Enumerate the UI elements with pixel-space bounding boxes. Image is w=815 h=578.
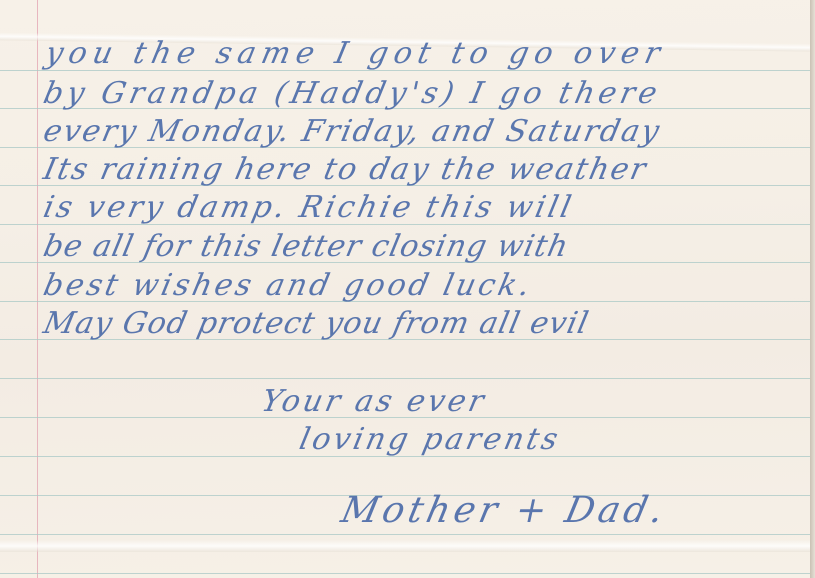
- ruled-line: [0, 573, 810, 574]
- letter-line-7: best wishes and good luck.: [40, 268, 536, 303]
- letter-line-3: every Monday. Friday, and Saturday: [40, 114, 664, 149]
- letter-line-6: be all for this letter closing with: [40, 229, 572, 264]
- signature: Mother + Dad.: [338, 490, 671, 531]
- letter-line-8: May God protect you from all evil: [40, 306, 592, 341]
- ruled-line: [0, 378, 810, 379]
- letter-line-4: Its raining here to day the weather: [40, 152, 650, 187]
- letter-line-5: is very damp. Richie this will: [40, 190, 577, 225]
- closing-line-2: loving parents: [296, 422, 564, 457]
- paper-fold: [0, 540, 810, 552]
- letter-line-1: you the same I got to go over: [42, 36, 669, 71]
- letter-page: you the same I got to go over by Grandpa…: [0, 0, 810, 578]
- closing-line-1: Your as ever: [258, 384, 490, 419]
- letter-line-2: by Grandpa (Haddy's) I go there: [40, 76, 664, 111]
- ruled-line: [0, 534, 810, 535]
- paper-edge: [810, 0, 815, 578]
- margin-line: [37, 0, 38, 578]
